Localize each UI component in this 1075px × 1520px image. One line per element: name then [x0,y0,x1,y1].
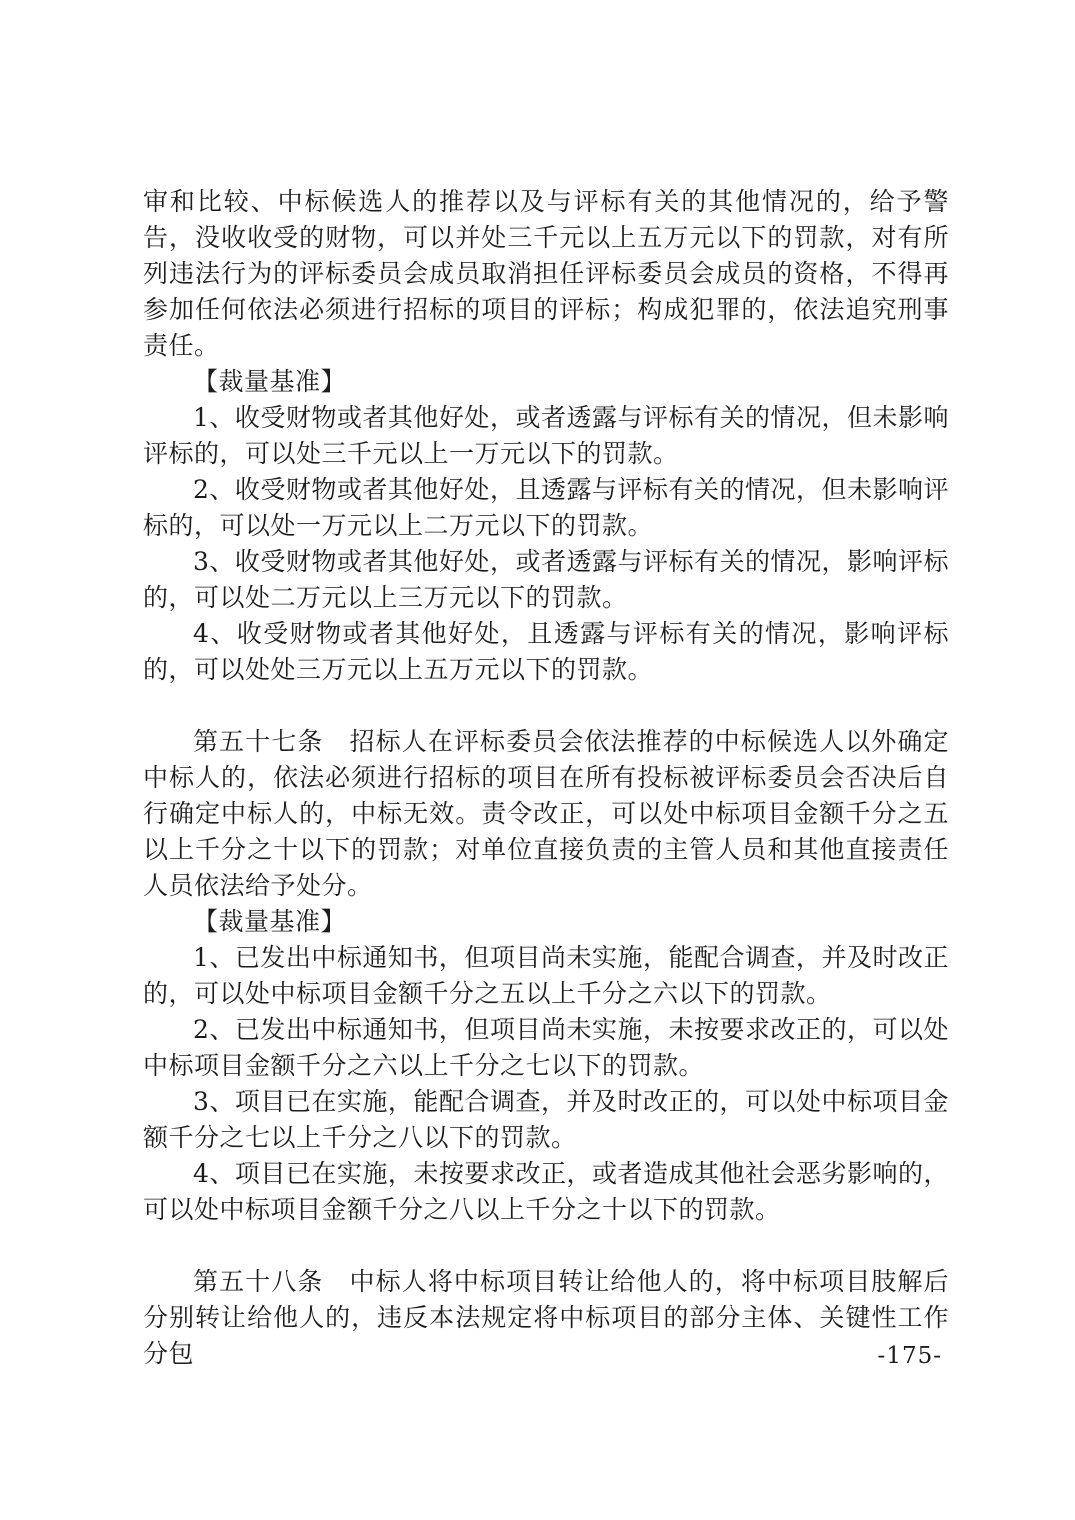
paragraph: 【裁量基准】 [143,364,949,400]
paragraph: 2、已发出中标通知书，但项目尚未实施，未按要求改正的，可以处中标项目金额千分之六… [143,1012,949,1084]
paragraph: 4、收受财物或者其他好处，且透露与评标有关的情况，影响评标的，可以处处三万元以上… [143,616,949,688]
page-number: -175- [878,1343,942,1369]
paragraph: 【裁量基准】 [143,904,949,940]
paragraph: 3、收受财物或者其他好处，或者透露与评标有关的情况，影响评标的，可以处二万元以上… [143,544,949,616]
paragraph: 2、收受财物或者其他好处，且透露与评标有关的情况，但未影响评标的，可以处一万元以… [143,472,949,544]
paragraph: 第五十七条 招标人在评标委员会依法推荐的中标候选人以外确定中标人的，依法必须进行… [143,724,949,904]
paragraph: 审和比较、中标候选人的推荐以及与评标有关的其他情况的，给予警告，没收收受的财物，… [143,184,949,364]
paragraph: 1、收受财物或者其他好处，或者透露与评标有关的情况，但未影响评标的，可以处三千元… [143,400,949,472]
paragraph: 1、已发出中标通知书，但项目尚未实施，能配合调查，并及时改正的，可以处中标项目金… [143,940,949,1012]
document-page: 审和比较、中标候选人的推荐以及与评标有关的其他情况的，给予警告，没收收受的财物，… [0,0,1075,1520]
paragraph: 3、项目已在实施，能配合调查，并及时改正的，可以处中标项目金额千分之七以上千分之… [143,1084,949,1156]
paragraph: 4、项目已在实施，未按要求改正，或者造成其他社会恶劣影响的，可以处中标项目金额千… [143,1156,949,1228]
document-body: 审和比较、中标候选人的推荐以及与评标有关的其他情况的，给予警告，没收收受的财物，… [143,184,949,1372]
paragraph: 第五十八条 中标人将中标项目转让给他人的，将中标项目肢解后分别转让给他人的，违反… [143,1264,949,1372]
